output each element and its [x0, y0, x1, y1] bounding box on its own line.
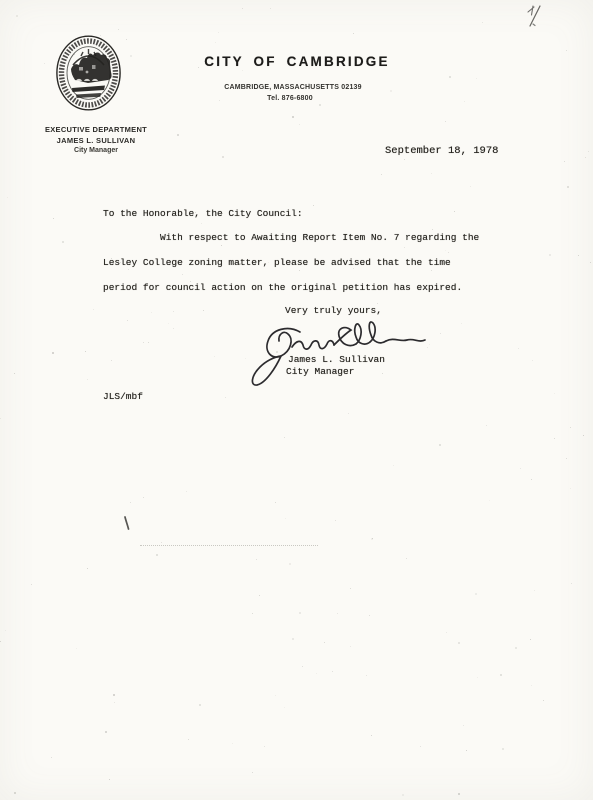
- noise-speck: [299, 270, 300, 271]
- letter-closing: Very truly yours,: [285, 306, 382, 317]
- noise-speck: [588, 151, 589, 152]
- noise-speck: [114, 702, 115, 703]
- noise-speck: [44, 63, 45, 64]
- noise-speck: [475, 593, 477, 595]
- letterhead-department: EXECUTIVE DEPARTMENT: [45, 126, 147, 135]
- noise-speck: [470, 186, 471, 187]
- noise-speck: [381, 174, 382, 175]
- noise-speck: [85, 351, 86, 352]
- noise-speck: [332, 671, 333, 672]
- noise-speck: [5, 630, 6, 631]
- noise-speck: [439, 444, 441, 446]
- noise-speck: [259, 595, 260, 596]
- noise-speck: [218, 32, 219, 33]
- noise-speck: [500, 674, 502, 676]
- noise-speck: [214, 356, 215, 357]
- noise-speck: [566, 458, 567, 459]
- letterhead-title: CITY OF CAMBRIDGE: [204, 54, 389, 70]
- letterhead-phone: Tel. 876-6800: [267, 95, 313, 103]
- noise-speck: [353, 33, 354, 34]
- reference-initials: JLS/mbf: [103, 392, 143, 403]
- noise-speck: [371, 538, 373, 540]
- noise-speck: [402, 794, 404, 796]
- noise-speck: [532, 360, 533, 361]
- noise-speck: [549, 254, 551, 256]
- noise-speck: [242, 70, 243, 71]
- noise-speck: [372, 538, 373, 539]
- noise-speck: [585, 157, 586, 158]
- letterhead-manager-title: City Manager: [74, 147, 118, 155]
- noise-speck: [299, 124, 300, 125]
- noise-speck: [520, 468, 521, 469]
- noise-speck: [177, 134, 179, 136]
- noise-speck: [302, 666, 303, 667]
- letter-body-line: Lesley College zoning matter, please be …: [103, 258, 451, 269]
- noise-speck: [232, 743, 233, 744]
- handwritten-page-number: [518, 4, 550, 32]
- noise-speck: [476, 78, 477, 79]
- noise-speck: [458, 642, 460, 644]
- noise-speck: [188, 739, 189, 740]
- noise-speck: [173, 311, 174, 312]
- noise-speck: [518, 348, 519, 349]
- noise-speck: [168, 323, 169, 324]
- noise-speck: [284, 437, 285, 438]
- noise-speck: [292, 116, 294, 118]
- noise-speck: [87, 568, 88, 569]
- noise-speck: [252, 613, 253, 614]
- noise-speck: [590, 262, 591, 263]
- noise-speck: [466, 750, 467, 751]
- noise-speck: [299, 612, 301, 614]
- noise-speck: [567, 186, 569, 188]
- noise-speck: [198, 67, 199, 68]
- noise-speck: [130, 502, 131, 503]
- noise-speck: [515, 647, 517, 649]
- noise-speck: [161, 542, 162, 543]
- noise-speck: [182, 274, 183, 275]
- noise-speck: [285, 518, 286, 519]
- stray-mark: [122, 516, 132, 532]
- noise-speck: [454, 211, 455, 212]
- noise-speck: [489, 500, 490, 501]
- letterhead-manager-name: JAMES L. SULLIVAN: [57, 137, 136, 146]
- noise-speck: [461, 323, 462, 324]
- noise-speck: [118, 29, 119, 30]
- noise-speck: [337, 613, 338, 614]
- noise-speck: [445, 250, 446, 251]
- noise-speck: [371, 735, 372, 736]
- noise-speck: [463, 725, 464, 726]
- noise-speck: [554, 393, 555, 394]
- noise-speck: [440, 333, 441, 334]
- noise-speck: [87, 379, 88, 380]
- noise-speck: [570, 488, 571, 489]
- noise-speck: [319, 104, 321, 106]
- noise-speck: [289, 563, 291, 565]
- noise-speck: [578, 255, 579, 256]
- noise-speck: [366, 675, 367, 676]
- noise-speck: [215, 42, 216, 43]
- noise-speck: [458, 793, 460, 795]
- noise-speck: [53, 218, 54, 219]
- noise-speck: [275, 695, 276, 696]
- noise-speck: [431, 270, 432, 271]
- noise-speck: [449, 76, 451, 78]
- noise-speck: [51, 757, 52, 758]
- letterhead-address: CAMBRIDGE, MASSACHUSETTS 02139: [224, 84, 361, 92]
- noise-speck: [350, 588, 351, 589]
- noise-speck: [245, 358, 246, 359]
- noise-speck: [14, 792, 16, 794]
- noise-speck: [564, 161, 565, 162]
- letter-body-line: period for council action on the origina…: [103, 283, 462, 294]
- noise-speck: [31, 584, 32, 585]
- noise-speck: [130, 55, 132, 57]
- letter-body-line: With respect to Awaiting Report Item No.…: [160, 233, 479, 244]
- noise-speck: [201, 223, 202, 224]
- noise-speck: [0, 418, 1, 419]
- noise-speck: [14, 373, 15, 374]
- noise-speck: [335, 520, 336, 521]
- noise-speck: [445, 121, 446, 122]
- noise-speck: [531, 685, 532, 686]
- noise-speck: [128, 269, 129, 270]
- noise-speck: [126, 39, 127, 40]
- noise-speck: [219, 100, 220, 101]
- noise-speck: [324, 642, 325, 643]
- noise-speck: [127, 320, 128, 321]
- noise-speck: [264, 746, 265, 747]
- noise-speck: [16, 15, 18, 17]
- noise-speck: [76, 648, 77, 649]
- noise-speck: [105, 731, 107, 733]
- noise-speck: [566, 50, 567, 51]
- noise-speck: [406, 558, 407, 559]
- noise-speck: [62, 241, 64, 243]
- noise-speck: [203, 310, 204, 311]
- noise-speck: [93, 309, 94, 310]
- noise-speck: [404, 159, 405, 160]
- noise-speck: [369, 615, 370, 616]
- noise-speck: [292, 638, 294, 640]
- signer-name: James L. Sullivan: [288, 355, 385, 366]
- noise-speck: [350, 646, 351, 647]
- noise-speck: [199, 704, 201, 706]
- noise-speck: [554, 438, 555, 439]
- noise-speck: [113, 694, 115, 696]
- noise-speck: [173, 328, 174, 329]
- letter-salutation: To the Honorable, the City Council:: [103, 209, 303, 220]
- noise-speck: [143, 342, 144, 343]
- noise-speck: [404, 247, 405, 248]
- noise-speck: [420, 746, 421, 747]
- noise-speck: [242, 8, 243, 9]
- noise-speck: [148, 342, 149, 343]
- noise-speck: [534, 590, 535, 591]
- noise-speck: [221, 245, 222, 246]
- noise-speck: [284, 707, 285, 708]
- noise-speck: [571, 583, 572, 584]
- noise-speck: [446, 632, 447, 633]
- noise-speck: [0, 641, 1, 642]
- noise-speck: [143, 497, 144, 498]
- noise-speck: [275, 502, 276, 503]
- letter-date: September 18, 1978: [385, 145, 498, 157]
- noise-speck: [111, 360, 112, 361]
- noise-speck: [583, 435, 584, 436]
- noise-speck: [252, 772, 253, 773]
- noise-speck: [109, 779, 110, 780]
- signer-title: City Manager: [286, 367, 354, 378]
- noise-speck: [530, 639, 531, 640]
- noise-speck: [316, 673, 317, 674]
- noise-speck: [348, 413, 349, 414]
- noise-speck: [432, 229, 433, 230]
- noise-speck: [448, 252, 449, 253]
- noise-speck: [393, 465, 394, 466]
- noise-speck: [7, 197, 8, 198]
- noise-speck: [502, 748, 504, 750]
- noise-speck: [431, 173, 432, 174]
- noise-speck: [543, 700, 544, 701]
- noise-speck: [377, 303, 378, 304]
- noise-speck: [486, 425, 487, 426]
- cambridge-city-seal-icon: [55, 34, 122, 112]
- noise-speck: [151, 312, 152, 313]
- page: CITY OF CAMBRIDGE CAMBRIDGE, MASSACHUSET…: [0, 0, 593, 800]
- noise-speck: [390, 90, 392, 92]
- noise-speck: [156, 554, 158, 556]
- noise-speck: [477, 677, 478, 678]
- noise-speck: [313, 205, 314, 206]
- noise-speck: [570, 427, 571, 428]
- noise-speck: [270, 8, 271, 9]
- noise-speck: [464, 101, 465, 102]
- noise-speck: [222, 156, 224, 158]
- noise-speck: [256, 559, 257, 560]
- noise-speck: [186, 491, 187, 492]
- noise-speck: [482, 22, 483, 23]
- noise-speck: [52, 352, 54, 354]
- noise-speck: [531, 479, 532, 480]
- noise-speck: [225, 397, 226, 398]
- scan-artifact-line: [140, 545, 318, 546]
